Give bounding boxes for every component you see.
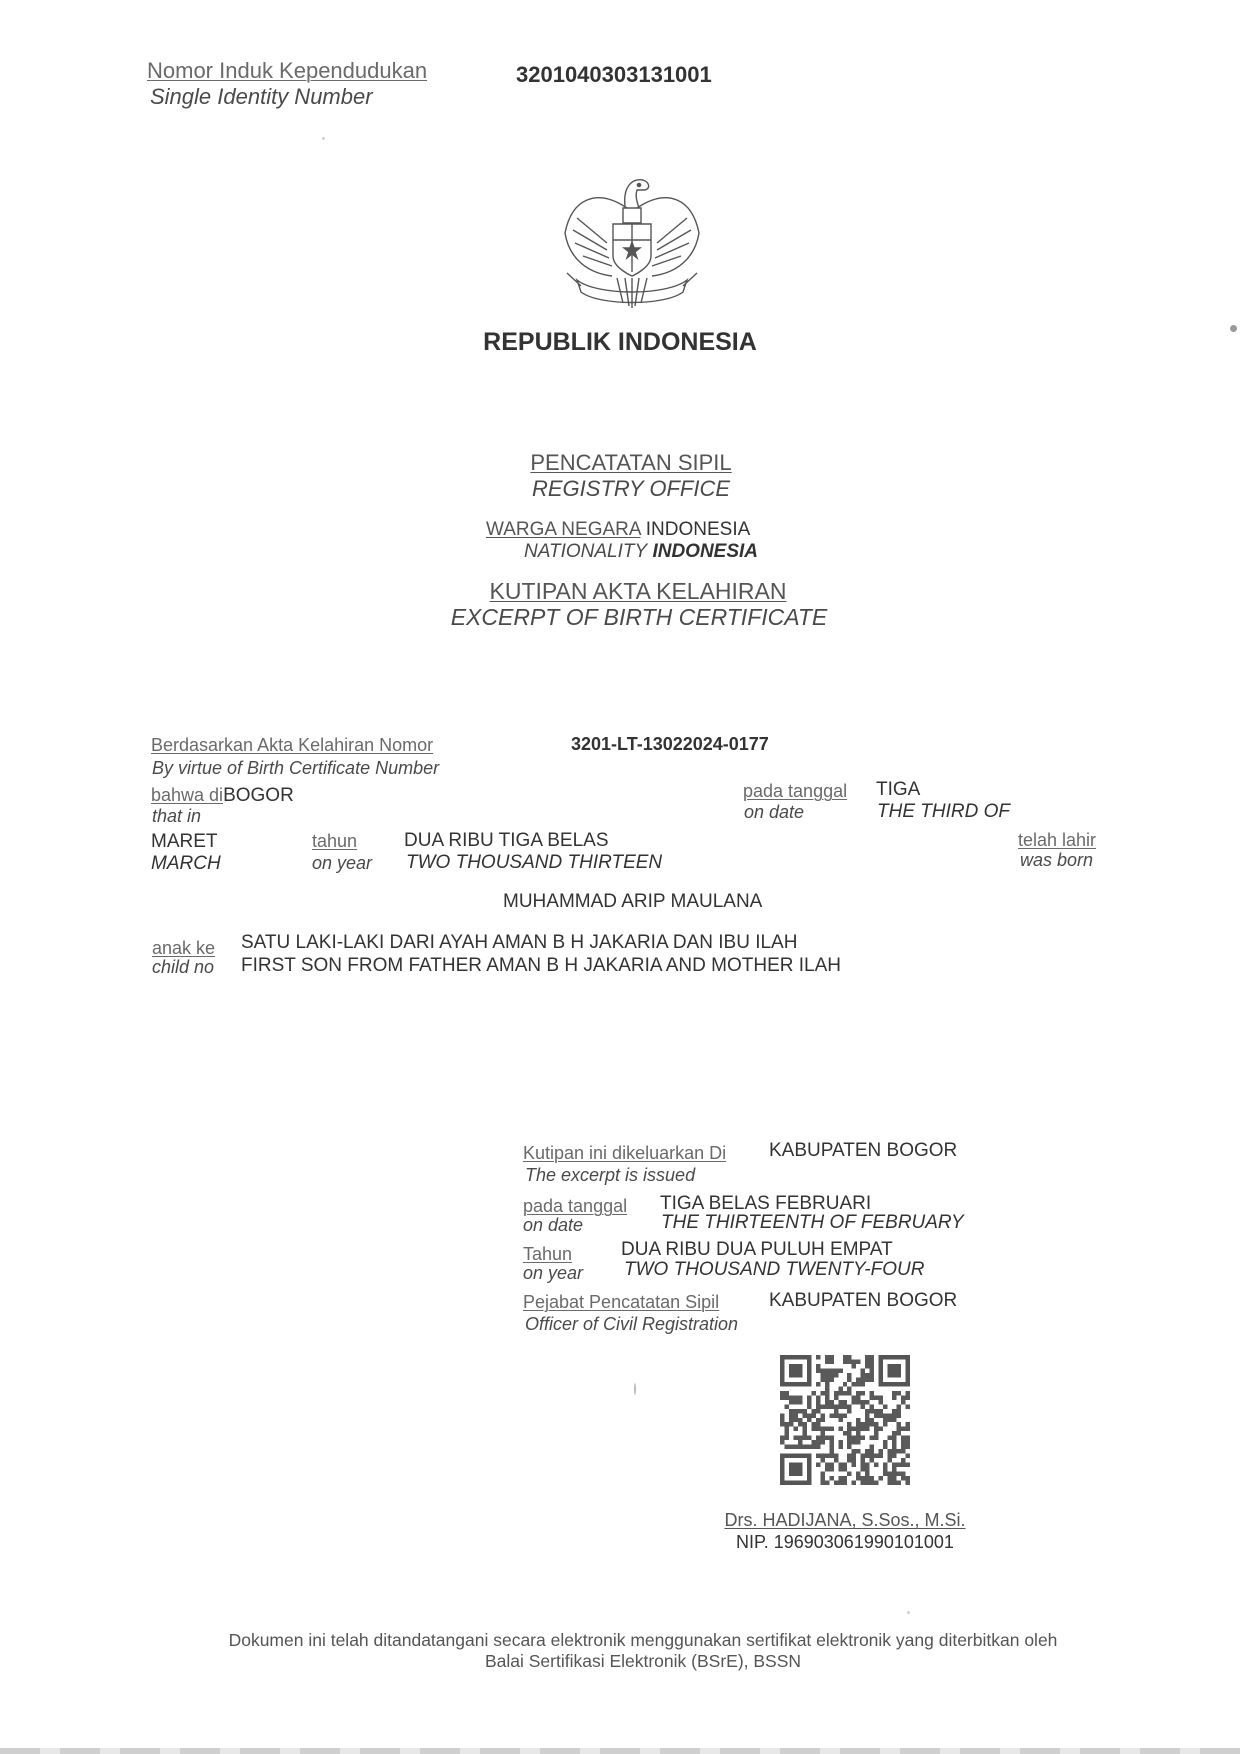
official-name: Drs. HADIJANA, S.Sos., M.Si. — [0, 1510, 1240, 1531]
issued-value: KABUPATEN BOGOR — [769, 1140, 957, 1162]
official-nip: NIP. 196903061990101001 — [0, 1532, 1240, 1553]
cert-number-value: 3201-LT-13022024-0177 — [571, 734, 769, 755]
officer-label: Pejabat Pencatatan Sipil — [523, 1292, 719, 1313]
issue-year-value-en: TWO THOUSAND TWENTY-FOUR — [624, 1259, 924, 1281]
scan-speck — [634, 1383, 636, 1395]
issue-year-value: DUA RIBU DUA PULUH EMPAT — [621, 1239, 893, 1261]
issued-label: Kutipan ini dikeluarkan Di — [523, 1143, 726, 1164]
office-label: PENCATATAN SIPIL — [0, 450, 1240, 476]
document-title-en: EXCERPT OF BIRTH CERTIFICATE — [0, 604, 1240, 631]
scan-speck — [907, 1611, 910, 1614]
child-no-value-en: FIRST SON FROM FATHER AMAN B H JAKARIA A… — [241, 955, 841, 977]
nik-label-en: Single Identity Number — [150, 84, 373, 110]
nationality-label-en: NATIONALITY — [524, 541, 647, 562]
country-title: REPUBLIK INDONESIA — [0, 328, 1240, 357]
birth-month-value-en: MARCH — [151, 853, 221, 875]
garuda-emblem-icon — [557, 168, 707, 318]
issued-label-en: The excerpt is issued — [525, 1165, 695, 1186]
issue-date-label: pada tanggal — [523, 1196, 627, 1217]
nationality-value-en: INDONESIA — [652, 541, 758, 562]
birth-place-value: BOGOR — [223, 785, 294, 806]
child-no-value: SATU LAKI-LAKI DARI AYAH AMAN B H JAKARI… — [241, 932, 797, 954]
birth-day-value: TIGA — [876, 779, 920, 801]
nik-value: 3201040303131001 — [516, 62, 712, 88]
birth-year-label: tahun — [312, 831, 357, 852]
issue-year-label-en: on year — [523, 1263, 583, 1284]
footer-line-2: Balai Sertifikasi Elektronik (BSrE), BSS… — [0, 1651, 1240, 1672]
office-label-en: REGISTRY OFFICE — [0, 476, 1240, 502]
birth-day-value-en: THE THIRD OF — [877, 801, 1010, 823]
document-title: KUTIPAN AKTA KELAHIRAN — [0, 578, 1240, 605]
nik-label: Nomor Induk Kependudukan — [147, 58, 427, 84]
birth-year-value-en: TWO THOUSAND THIRTEEN — [406, 852, 662, 874]
scan-speck — [1230, 325, 1237, 332]
birth-year-value: DUA RIBU TIGA BELAS — [404, 830, 609, 852]
child-no-label: anak ke — [152, 938, 215, 959]
scan-edge — [0, 1748, 1240, 1754]
birth-date-label: pada tanggal — [743, 781, 847, 802]
officer-value: KABUPATEN BOGOR — [769, 1290, 957, 1312]
cert-number-label-en: By virtue of Birth Certificate Number — [152, 758, 439, 779]
child-no-label-en: child no — [152, 957, 214, 978]
cert-number-label: Berdasarkan Akta Kelahiran Nomor — [151, 735, 433, 756]
issue-date-label-en: on date — [523, 1215, 583, 1236]
birth-date-label-en: on date — [744, 802, 804, 823]
birth-place-label: bahwa di — [151, 785, 223, 805]
birth-year-label-en: on year — [312, 853, 372, 874]
footer-line-1: Dokumen ini telah ditandatangani secara … — [0, 1630, 1240, 1651]
birth-place-row: bahwa diBOGOR — [151, 785, 294, 807]
birth-place-label-en: that in — [152, 806, 201, 827]
officer-label-en: Officer of Civil Registration — [525, 1314, 738, 1335]
qr-code-icon — [780, 1355, 910, 1485]
scan-speck — [322, 137, 325, 140]
issue-year-label: Tahun — [523, 1244, 572, 1265]
issue-date-value-en: THE THIRTEENTH OF FEBRUARY — [661, 1212, 964, 1234]
born-label-en: was born — [1020, 850, 1093, 871]
nationality-row-en: NATIONALITY INDONESIA — [524, 541, 758, 563]
nationality-row: WARGA NEGARA INDONESIA — [486, 519, 750, 541]
nationality-label: WARGA NEGARA — [486, 519, 641, 540]
nationality-value: INDONESIA — [646, 519, 751, 540]
child-name: MUHAMMAD ARIP MAULANA — [503, 891, 762, 913]
born-label: telah lahir — [1018, 830, 1096, 851]
birth-month-value: MARET — [151, 831, 218, 853]
